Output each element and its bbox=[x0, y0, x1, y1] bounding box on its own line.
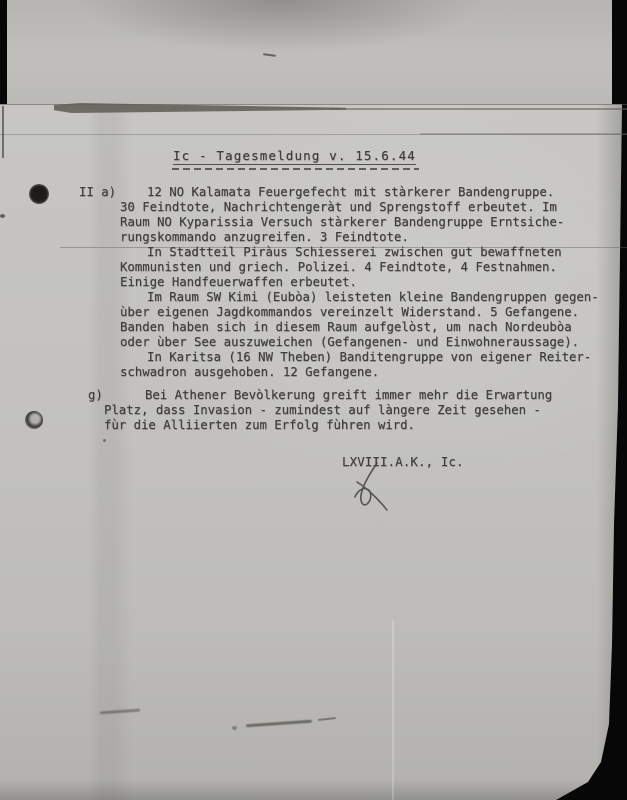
typed-line: In Stadtteil Piràus Schiesserei zwischen… bbox=[120, 245, 599, 260]
typed-line: Platz, dass Invasion - zumindest auf làn… bbox=[104, 403, 552, 418]
typed-line: In Karitsa (16 NW Theben) Banditengruppe… bbox=[120, 350, 599, 365]
typed-line: rungskommando anzugreifen. 3 Feindtote. bbox=[120, 230, 599, 245]
pencil-smudge bbox=[232, 726, 237, 730]
report-heading: Ic - Tagesmeldung v. 15.6.44 bbox=[173, 148, 416, 165]
paper-speck bbox=[0, 214, 5, 218]
typed-line: Bei Athener Bevòlkerung greift immer meh… bbox=[104, 388, 552, 403]
typed-line: Kommunisten und griech. Polizei. 4 Feind… bbox=[120, 260, 599, 275]
typed-line: fùr die Alliierten zum Erfolg fùhren wir… bbox=[104, 418, 552, 433]
paper-speck bbox=[103, 439, 106, 442]
section-a-label: II a) bbox=[79, 185, 116, 199]
typed-line: 12 NO Kalamata Feuergefecht mit stàrkere… bbox=[120, 185, 599, 200]
heading-dashed-underline bbox=[172, 168, 419, 170]
typed-line: 30 Feindtote, Nachrichtengeràt und Spren… bbox=[120, 200, 599, 215]
section-g-body: Bei Athener Bevòlkerung greift immer meh… bbox=[104, 388, 552, 433]
section-g-label: g) bbox=[88, 388, 103, 402]
typed-line: schwadron ausgehoben. 12 Gefangene. bbox=[120, 365, 599, 380]
typed-line: Raum NO Kyparissia Versuch stàrkerer Ban… bbox=[120, 215, 599, 230]
typed-line: oder ùber See auszuweichen (Gefangenen- … bbox=[120, 335, 599, 350]
section-a-body: 12 NO Kalamata Feuergefecht mit stàrkere… bbox=[120, 185, 599, 380]
typed-line: Einige Handfeuerwaffen erbeutet. bbox=[120, 275, 599, 290]
punch-hole-top bbox=[29, 184, 49, 204]
typed-line: Im Raum SW Kimi (Eubòa) leisteten kleine… bbox=[120, 290, 599, 305]
typed-line: ùber eigenen Jagdkommandos vereinzelt Wi… bbox=[120, 305, 599, 320]
scanned-document-image: Ic - Tagesmeldung v. 15.6.44 II a) 12 NO… bbox=[0, 0, 627, 800]
scan-artifact-line bbox=[420, 133, 627, 135]
punch-hole-bottom bbox=[25, 411, 43, 429]
paper-fold-line bbox=[392, 620, 394, 800]
page-overlap-edge-tail bbox=[330, 108, 627, 110]
typed-line: Banden haben sich in diesem Raum aufgelò… bbox=[120, 320, 599, 335]
handwritten-initial-icon bbox=[352, 462, 398, 512]
scan-artifact-line bbox=[2, 106, 4, 158]
overlapping-page-top-edge bbox=[7, 0, 612, 106]
